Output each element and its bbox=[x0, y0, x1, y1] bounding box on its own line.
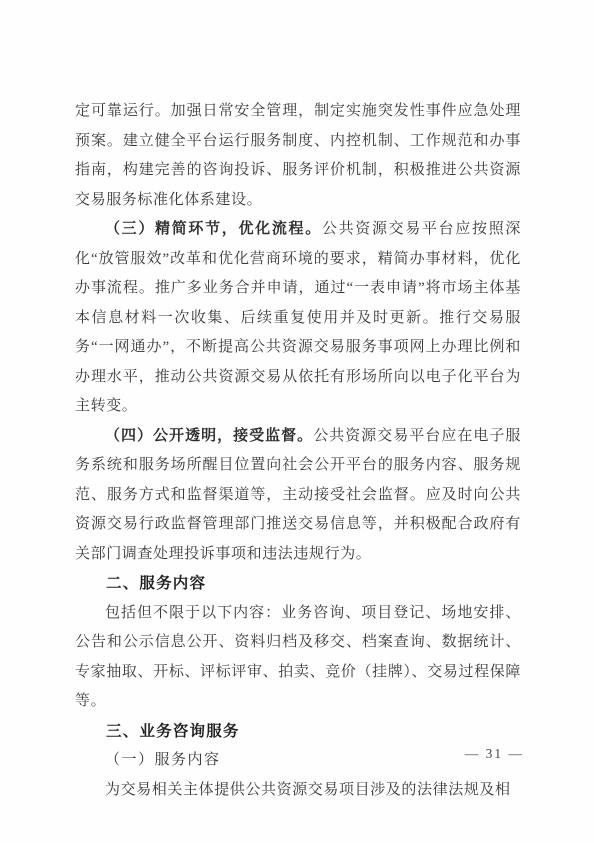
section-heading-service-content: 二、服务内容 bbox=[75, 569, 521, 599]
document-page: 定可靠运行。加强日常安全管理，制定实施突发性事件应急处理预案。建立健全平台运行服… bbox=[0, 0, 594, 843]
paragraph-item-3-lead: （三）精简环节，优化流程。 bbox=[105, 221, 322, 237]
paragraph-item-4-lead: （四）公开透明，接受监督。 bbox=[105, 428, 313, 444]
paragraph-continuation: 定可靠运行。加强日常安全管理，制定实施突发性事件应急处理预案。建立健全平台运行服… bbox=[75, 97, 521, 215]
paragraph-item-4-text: 公共资源交易平台应在电子服务系统和服务场所醒目位置向社会公开平台的服务内容、服务… bbox=[75, 428, 521, 562]
document-scan: { "page": { "number_label": "— 31 —", "b… bbox=[0, 0, 594, 843]
page-number: — 31 — bbox=[465, 746, 524, 762]
paragraph-service-content: 包括但不限于以下内容：业务咨询、项目登记、场地安排、公告和公示信息公开、资料归档… bbox=[75, 599, 521, 717]
paragraph-business-consulting: 为交易相关主体提供公共资源交易项目涉及的法律法规及相 bbox=[75, 776, 521, 806]
subsection-heading-service-content: （一）服务内容 bbox=[75, 746, 521, 776]
section-heading-business-consulting: 三、业务咨询服务 bbox=[75, 717, 521, 747]
paragraph-item-3-text: 公共资源交易平台应按照深化“放管服效”改革和优化营商环境的要求，精简办事材料，优… bbox=[75, 221, 521, 414]
paragraph-item-4: （四）公开透明，接受监督。公共资源交易平台应在电子服务系统和服务场所醒目位置向社… bbox=[75, 422, 521, 570]
document-body: 定可靠运行。加强日常安全管理，制定实施突发性事件应急处理预案。建立健全平台运行服… bbox=[75, 97, 521, 805]
paragraph-item-3: （三）精简环节，优化流程。公共资源交易平台应按照深化“放管服效”改革和优化营商环… bbox=[75, 215, 521, 422]
